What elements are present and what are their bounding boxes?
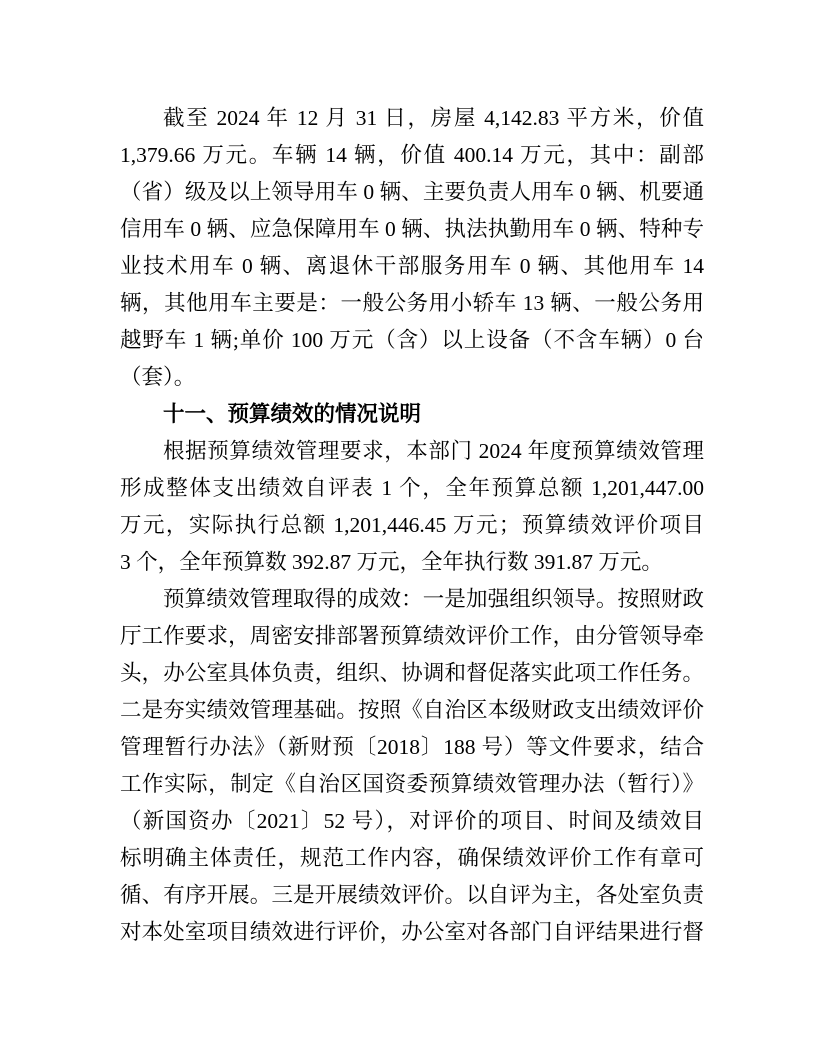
document-content: 截至 2024 年 12 月 31 日，房屋 4,142.83 平方米，价值 1… <box>120 100 704 951</box>
text-line: 业技术用车 0 辆、离退休干部服务用车 0 辆、其他用车 14 <box>120 248 704 285</box>
text-line: 工作实际，制定《自治区国资委预算绩效管理办法（暂行）》 <box>120 766 704 803</box>
text-line: 标明确主体责任，规范工作内容，确保绩效评价工作有章可 <box>120 840 704 877</box>
text-line: 形成整体支出绩效自评表 1 个，全年预算总额 1,201,447.00 <box>120 470 704 507</box>
text-line: 循、有序开展。三是开展绩效评价。以自评为主，各处室负责 <box>120 877 704 914</box>
text-line: （新国资办〔2021〕52 号），对评价的项目、时间及绩效目 <box>120 803 704 840</box>
text-line: 3 个，全年预算数 392.87 万元，全年执行数 391.87 万元。 <box>120 544 704 581</box>
text-line: 越野车 1 辆;单价 100 万元（含）以上设备（不含车辆）0 台 <box>120 322 704 359</box>
section-heading: 十一、预算绩效的情况说明 <box>120 396 704 433</box>
text-line: 管理暂行办法》（新财预〔2018〕188 号）等文件要求，结合 <box>120 729 704 766</box>
text-line: （省）级及以上领导用车 0 辆、主要负责人用车 0 辆、机要通 <box>120 174 704 211</box>
text-line: 对本处室项目绩效进行评价，办公室对各部门自评结果进行督 <box>120 914 704 951</box>
text-line: 信用车 0 辆、应急保障用车 0 辆、执法执勤用车 0 辆、特种专 <box>120 211 704 248</box>
text-line: 头，办公室具体负责，组织、协调和督促落实此项工作任务。 <box>120 655 704 692</box>
text-line: 1,379.66 万元。车辆 14 辆，价值 400.14 万元，其中：副部 <box>120 137 704 174</box>
text-line: （套）。 <box>120 359 704 396</box>
text-line: 预算绩效管理取得的成效：一是加强组织领导。按照财政 <box>120 581 704 618</box>
text-line: 根据预算绩效管理要求，本部门 2024 年度预算绩效管理 <box>120 433 704 470</box>
text-line: 万元，实际执行总额 1,201,446.45 万元；预算绩效评价项目 <box>120 507 704 544</box>
text-line: 二是夯实绩效管理基础。按照《自治区本级财政支出绩效评价 <box>120 692 704 729</box>
text-line: 厅工作要求，周密安排部署预算绩效评价工作，由分管领导牵 <box>120 618 704 655</box>
document-page: 截至 2024 年 12 月 31 日，房屋 4,142.83 平方米，价值 1… <box>0 0 816 1056</box>
text-line: 截至 2024 年 12 月 31 日，房屋 4,142.83 平方米，价值 <box>120 100 704 137</box>
text-line: 辆，其他用车主要是：一般公务用小轿车 13 辆、一般公务用 <box>120 285 704 322</box>
